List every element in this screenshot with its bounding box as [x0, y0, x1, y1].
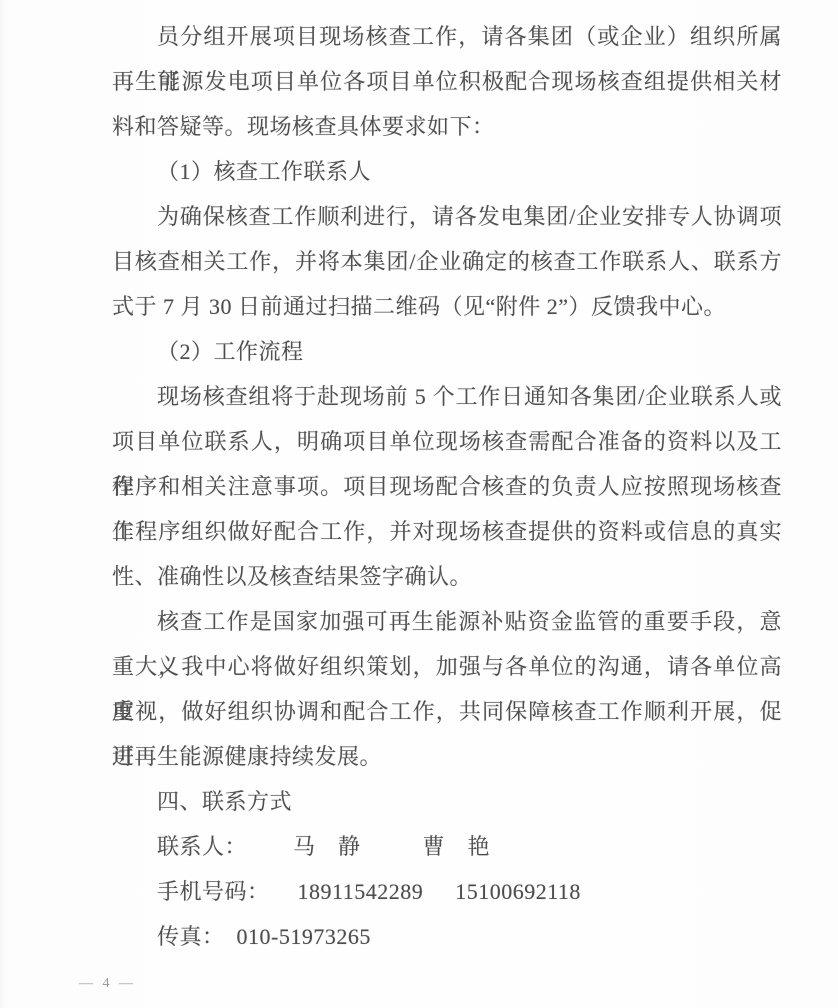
- body-line: 料和答疑等。现场核查具体要求如下：: [112, 104, 782, 149]
- section-4-heading: 四、联系方式: [112, 779, 782, 824]
- body-line: 项目单位联系人，明确项目单位现场核查需配合准备的资料以及工作: [112, 419, 782, 464]
- body-line: 员分组开展项目现场核查工作，请各集团（或企业）组织所属可: [112, 14, 782, 59]
- body-line: 目核查相关工作，并将本集团/企业确定的核查工作联系人、联系方: [112, 239, 782, 284]
- fax-label: 传真：: [157, 914, 225, 959]
- body-line: 程序和相关注意事项。项目现场配合核查的负责人应按照现场核查工: [112, 464, 782, 509]
- phone-row: 手机号码： 18911542289 15100692118: [112, 869, 782, 914]
- fax-number: 010-51973265: [237, 914, 371, 959]
- phone-number: 18911542289: [298, 869, 424, 914]
- contact-person-row: 联系人： 马 静 曹 艳: [112, 824, 782, 869]
- document-page: 员分组开展项目现场核查工作，请各集团（或企业）组织所属可 再生能源发电项目单位各…: [0, 0, 838, 1008]
- body-line: 核查工作是国家加强可再生能源补贴资金监管的重要手段，意义: [112, 599, 782, 644]
- body-line: 重视，做好组织协调和配合工作，共同保障核查工作顺利开展，促进: [112, 689, 782, 734]
- contact-name: 曹 艳: [423, 824, 491, 869]
- contact-person-label: 联系人：: [157, 824, 247, 869]
- body-line: 式于 7 月 30 日前通过扫描二维码（见“附件 2”）反馈我中心。: [112, 284, 782, 329]
- document-body: 员分组开展项目现场核查工作，请各集团（或企业）组织所属可 再生能源发电项目单位各…: [112, 14, 782, 959]
- subsection-2-heading: （2）工作流程: [112, 329, 782, 374]
- body-line: 可再生能源健康持续发展。: [112, 734, 782, 779]
- phone-number: 15100692118: [455, 869, 581, 914]
- subsection-1-heading: （1）核查工作联系人: [112, 149, 782, 194]
- body-line: 现场核查组将于赴现场前 5 个工作日通知各集团/企业联系人或: [112, 374, 782, 419]
- body-line: 为确保核查工作顺利进行，请各发电集团/企业安排专人协调项: [112, 194, 782, 239]
- fax-row: 传真： 010-51973265: [112, 914, 782, 959]
- contact-name: 马 静: [293, 824, 361, 869]
- body-line: 重大，我中心将做好组织策划，加强与各单位的沟通，请各单位高度: [112, 644, 782, 689]
- page-number: — 4 —: [79, 976, 136, 992]
- body-line: 性、准确性以及核查结果签字确认。: [112, 554, 782, 599]
- body-line: 作程序组织做好配合工作，并对现场核查提供的资料或信息的真实: [112, 509, 782, 554]
- phone-label: 手机号码：: [157, 869, 270, 914]
- body-line: 再生能源发电项目单位各项目单位积极配合现场核查组提供相关材: [112, 59, 782, 104]
